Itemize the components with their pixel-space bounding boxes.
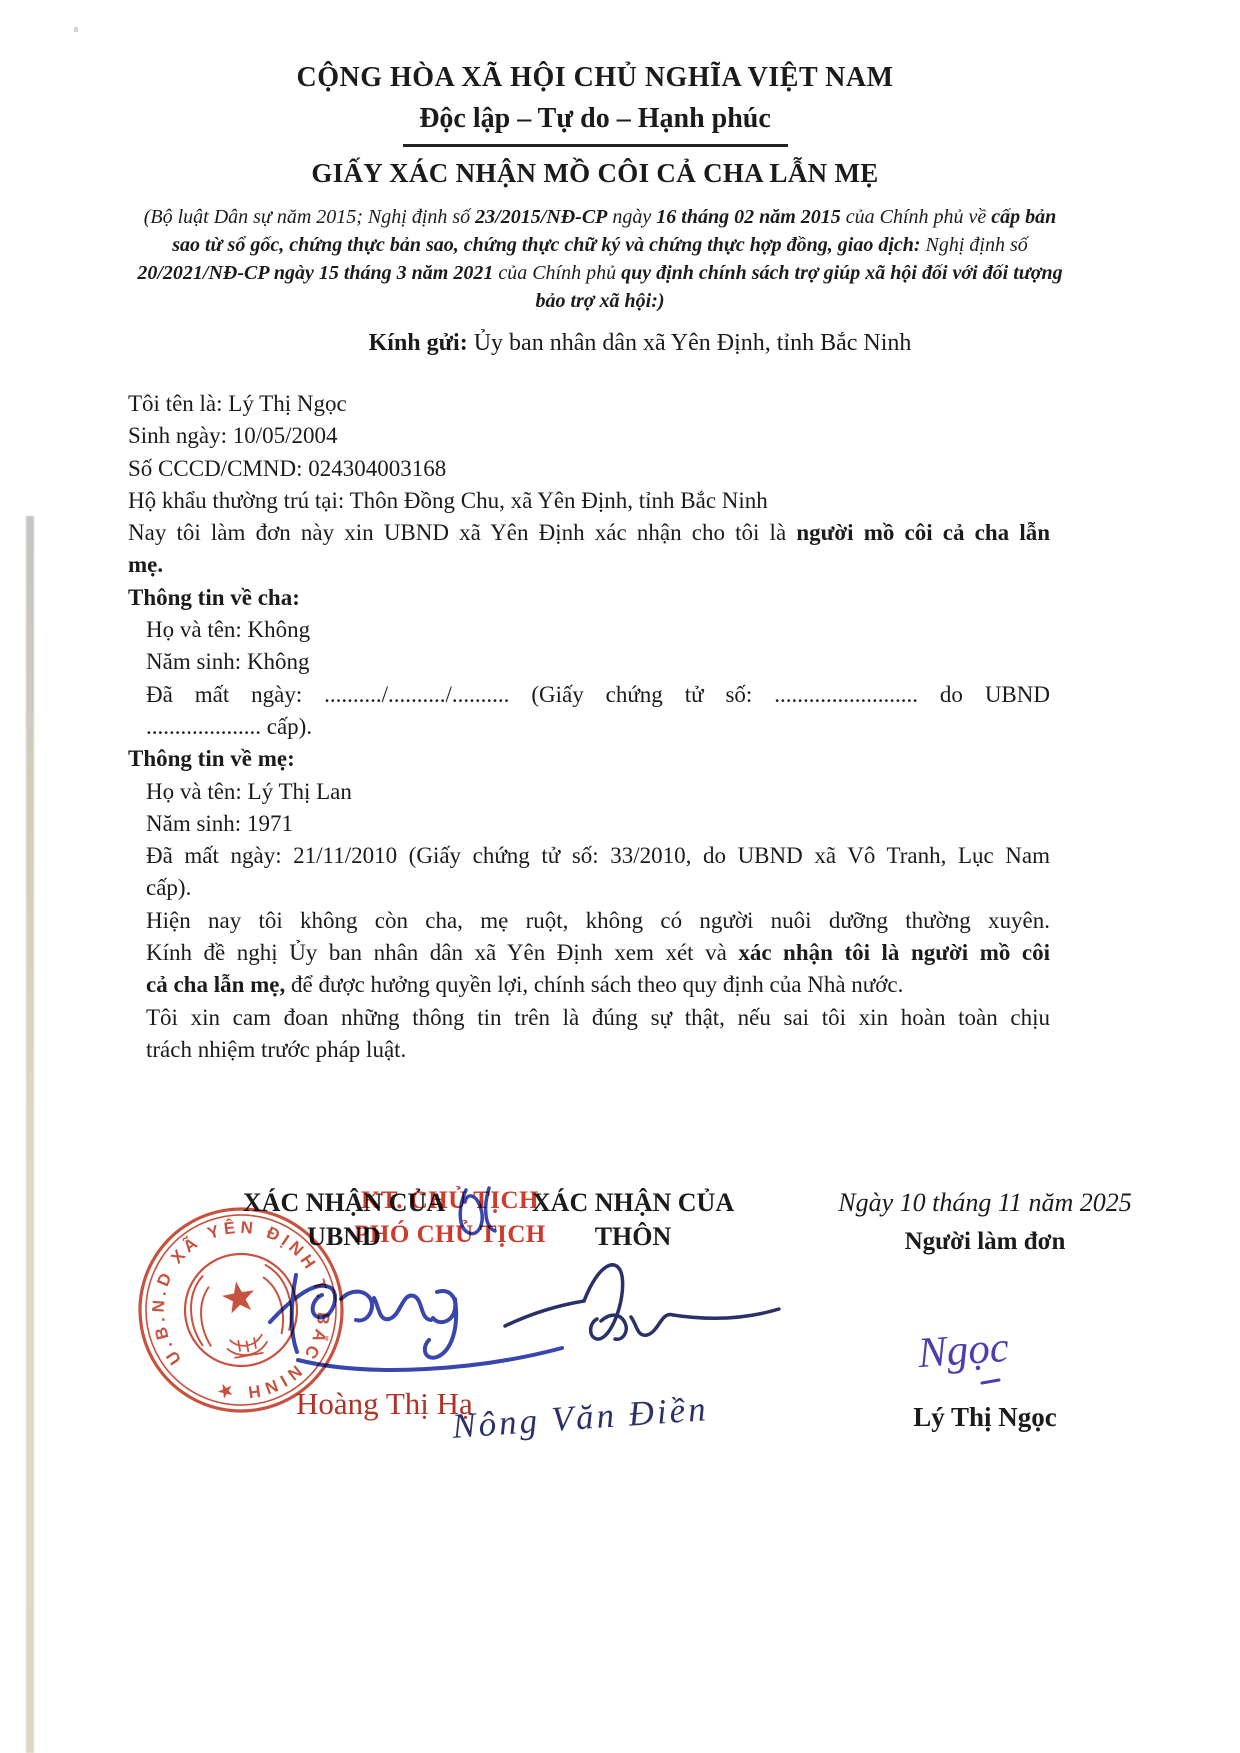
- body-line: Tôi xin cam đoan những thông tin trên là…: [146, 1002, 1050, 1034]
- body-line: Tôi tên là: Lý Thị Ngọc: [128, 388, 1050, 420]
- text-segment: Nghị định số: [921, 234, 1028, 256]
- stamped-official-name: Hoàng Thị Hạ: [296, 1386, 473, 1422]
- document-header: CỘNG HÒA XÃ HỘI CHỦ NGHĨA VIỆT NAM Độc l…: [0, 62, 1190, 189]
- scan-edge-artifact: [26, 516, 34, 1753]
- body-line: Năm sinh: 1971: [146, 808, 1050, 840]
- applicant-handwritten-signature: Ngọc: [916, 1323, 1010, 1378]
- document-page: CỘNG HÒA XÃ HỘI CHỦ NGHĨA VIỆT NAM Độc l…: [0, 0, 1240, 1753]
- text-segment: Hiện nay tôi không còn cha, mẹ ruột, khô…: [146, 908, 1050, 933]
- body-line: Hộ khẩu thường trú tại: Thôn Đồng Chu, x…: [128, 485, 1050, 517]
- text-segment: ngày: [607, 206, 656, 228]
- stamp-overlap-scribble: [460, 1188, 495, 1234]
- official-signature-scribble: [270, 1275, 562, 1370]
- text-segment: Số CCCD/CMND: 024304003168: [128, 456, 446, 481]
- text-segment: 16 tháng 02 năm 2015: [656, 206, 840, 228]
- body-line: Kính đề nghị Ủy ban nhân dân xã Yên Định…: [146, 937, 1050, 969]
- text-segment: xác nhận tôi là người mồ côi: [738, 940, 1050, 965]
- body-line: Thông tin về cha:: [128, 582, 1050, 614]
- recipient-label: Kính gửi:: [369, 330, 468, 356]
- body-line: Đã mất ngày: ........../........../.....…: [146, 679, 1050, 711]
- national-motto: Độc lập – Tự do – Hạnh phúc: [0, 103, 1190, 135]
- legal-basis-line: 20/2021/NĐ-CP ngày 15 tháng 3 năm 2021 c…: [100, 259, 1100, 287]
- text-segment: Đã mất ngày: 21/11/2010 (Giấy chứng tử s…: [146, 843, 1050, 868]
- text-segment: Hộ khẩu thường trú tại: Thôn Đồng Chu, x…: [128, 488, 768, 513]
- text-segment: cấp bản: [991, 206, 1056, 228]
- text-segment: bảo trợ xã hội:): [535, 290, 664, 312]
- legal-basis-line: (Bộ luật Dân sự năm 2015; Nghị định số 2…: [100, 203, 1100, 231]
- signature-ink-overlay: [0, 1180, 1240, 1560]
- body-line: mẹ.: [128, 549, 1050, 581]
- body-line: Hiện nay tôi không còn cha, mẹ ruột, khô…: [146, 905, 1050, 937]
- text-segment: cấp).: [146, 875, 191, 900]
- recipient-line: Kính gửi: Ủy ban nhân dân xã Yên Định, t…: [20, 330, 1240, 357]
- text-segment: Họ và tên: Lý Thị Lan: [146, 779, 352, 804]
- text-segment: Tôi xin cam đoan những thông tin trên là…: [146, 1005, 1050, 1030]
- body-line: Năm sinh: Không: [146, 646, 1050, 678]
- text-segment: Nay tôi làm đơn này xin UBND xã Yên Định…: [128, 520, 796, 545]
- text-segment: Thông tin về mẹ:: [128, 746, 295, 771]
- applicant-signature-dash: [982, 1380, 999, 1383]
- body-line: cả cha lẫn mẹ, để được hưởng quyền lợi, …: [146, 969, 1050, 1001]
- text-segment: ngày 15 tháng 3 năm 2021: [269, 262, 498, 284]
- body-line: Số CCCD/CMND: 024304003168: [128, 453, 1050, 485]
- text-segment: quy định chính sách trợ giúp xã hội đối …: [621, 262, 1063, 284]
- text-segment: Tôi tên là: Lý Thị Ngọc: [128, 391, 347, 416]
- text-segment: Đã mất ngày: ........../........../.....…: [146, 682, 1050, 707]
- body-line: .................... cấp).: [146, 711, 1050, 743]
- text-segment: Năm sinh: Không: [146, 649, 310, 674]
- national-title: CỘNG HÒA XÃ HỘI CHỦ NGHĨA VIỆT NAM: [0, 62, 1190, 94]
- text-segment: Kính đề nghị Ủy ban nhân dân xã Yên Định…: [146, 940, 738, 965]
- body-line: Thông tin về mẹ:: [128, 743, 1050, 775]
- text-segment: của Chính phủ: [498, 262, 621, 284]
- body-line: Họ và tên: Lý Thị Lan: [146, 776, 1050, 808]
- legal-basis-line: sao từ sổ gốc, chứng thực bản sao, chứng…: [100, 231, 1100, 259]
- legal-basis-paragraph: (Bộ luật Dân sự năm 2015; Nghị định số 2…: [100, 203, 1100, 315]
- text-segment: Năm sinh: 1971: [146, 811, 293, 836]
- text-segment: mẹ.: [128, 552, 163, 577]
- body-line: Đã mất ngày: 21/11/2010 (Giấy chứng tử s…: [146, 840, 1050, 872]
- document-title: GIẤY XÁC NHẬN MỒ CÔI CẢ CHA LẪN MẸ: [0, 158, 1190, 189]
- scan-speck: [74, 27, 78, 32]
- text-segment: trách nhiệm trước pháp luật.: [146, 1037, 406, 1062]
- text-segment: Họ và tên: Không: [146, 617, 310, 642]
- body-line: Họ và tên: Không: [146, 614, 1050, 646]
- body-line: trách nhiệm trước pháp luật.: [146, 1034, 1050, 1066]
- body-text: Tôi tên là: Lý Thị NgọcSinh ngày: 10/05/…: [128, 388, 1050, 1066]
- legal-basis-line: bảo trợ xã hội:): [100, 287, 1100, 315]
- body-line: cấp).: [146, 872, 1050, 904]
- text-segment: cả cha lẫn mẹ,: [146, 972, 285, 997]
- text-segment: Thông tin về cha:: [128, 585, 300, 610]
- text-segment: người mồ côi cả cha lẫn: [796, 520, 1050, 545]
- text-segment: 20/2021/NĐ-CP: [137, 262, 268, 284]
- body-line: Sinh ngày: 10/05/2004: [128, 420, 1050, 452]
- body-line: Nay tôi làm đơn này xin UBND xã Yên Định…: [128, 517, 1050, 549]
- text-segment: .................... cấp).: [146, 714, 312, 739]
- recipient-text: Ủy ban nhân dân xã Yên Định, tỉnh Bắc Ni…: [468, 330, 912, 356]
- village-signature-scribble: [505, 1265, 779, 1339]
- text-segment: để được hưởng quyền lợi, chính sách theo…: [285, 972, 903, 997]
- text-segment: 23/2015/NĐ-CP: [475, 206, 607, 228]
- text-segment: sao từ sổ gốc, chứng thực bản sao, chứng…: [172, 234, 920, 256]
- text-segment: của Chính phủ về: [841, 206, 992, 228]
- text-segment: (Bộ luật Dân sự năm 2015; Nghị định số: [144, 206, 475, 228]
- text-segment: Sinh ngày: 10/05/2004: [128, 423, 338, 448]
- motto-divider-line: [403, 144, 788, 147]
- applicant-printed-name: Lý Thị Ngọc: [835, 1402, 1135, 1433]
